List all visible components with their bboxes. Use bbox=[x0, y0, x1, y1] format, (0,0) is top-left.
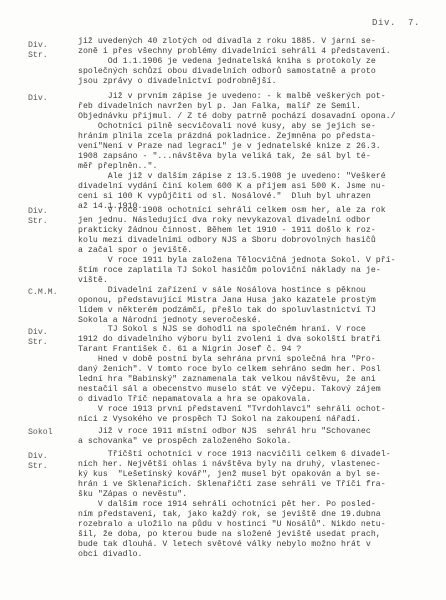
text-line: a začal spor o jeviště. bbox=[78, 246, 192, 256]
text-line: viště. bbox=[78, 276, 108, 286]
text-line: TJ Sokol s NJS se dohodli na společném h… bbox=[78, 325, 366, 335]
text-line: a schovanka" ve prospěch založeného Soko… bbox=[78, 437, 291, 447]
document-page: Div. 7. Div. Str. již uvedených 40 zlotý… bbox=[0, 0, 446, 600]
text-line: V roce 1911 byla založena Tělocvičná jed… bbox=[78, 256, 396, 266]
text-line: prakticky žádnou činnost. Během let 1910… bbox=[78, 226, 376, 236]
text-line: 1912 do divadelního výboru byli zvoleni … bbox=[78, 335, 381, 345]
text-line: řeb divadelních navržen byl p. Jan Falka… bbox=[78, 102, 361, 112]
text-line: ceni si 100 K vypůjčiti od sl. Nosálové.… bbox=[78, 192, 371, 202]
text-line: kolu mezi divadelními odbory NJS a Sboru… bbox=[78, 236, 376, 246]
text-line: obci divadlo. bbox=[78, 550, 143, 560]
text-line: šku "Zápas o nevěstu". bbox=[78, 490, 187, 500]
text-line: daný ženich". V tomto roce bylo celkem s… bbox=[78, 365, 381, 375]
text-line: nestačil sál a obecenstvo muselo stát ve… bbox=[78, 385, 381, 395]
text-line: V roce 1913 první představení "Tvrdohlav… bbox=[78, 405, 386, 415]
text-line: ních her. Největší ohlas i návštěva byly… bbox=[78, 460, 381, 470]
text-line: V roce 1908 ochotníci sehráli celkem osm… bbox=[78, 206, 386, 216]
margin-label: Str. bbox=[28, 338, 48, 348]
text-line: níci z Vysokého ve prospěch TJ Sokol na … bbox=[78, 415, 361, 425]
margin-label: Div. bbox=[28, 452, 48, 462]
text-line: hrán i ve Sklenařicích. Sklenařičtí zase… bbox=[78, 480, 386, 490]
text-line: měř přeplněn..". bbox=[78, 162, 157, 172]
text-line: již uvedených 40 zlotých od divadla z ro… bbox=[78, 37, 376, 47]
text-line: štím roce zaplatila TJ Sokol hasičům pol… bbox=[78, 266, 381, 276]
text-line: šil, že doba, po kterou bude na složené … bbox=[78, 530, 381, 540]
text-line: Již v prvním zápise je uvedeno: - k malb… bbox=[78, 92, 386, 102]
text-line: hráním plnila zcela prázdná pokladnice. … bbox=[78, 132, 376, 142]
margin-label: Div. bbox=[28, 207, 48, 217]
text-line: lidem v některém podzámčí, přešlo tak do… bbox=[78, 306, 376, 316]
text-line: rozebralo a uložilo na půdu v hostinci "… bbox=[78, 520, 386, 530]
text-line: lední hra "Babinský" zaznamenala tak vel… bbox=[78, 375, 376, 385]
margin-label: Div. bbox=[28, 94, 48, 104]
text-line: zoně i přes všechny problémy divadelníci… bbox=[78, 47, 391, 57]
margin-label: Sokol bbox=[28, 428, 53, 438]
text-line: Hned v době postní byla sehrána první sp… bbox=[78, 355, 376, 365]
text-line: 1908 zapsáno - "...návštěva byla veliká … bbox=[78, 152, 371, 162]
text-line: Tříčští ochotníci v roce 1913 nacvičili … bbox=[78, 450, 391, 460]
margin-label: Str. bbox=[28, 51, 48, 61]
text-line: jen jednu. Následující dva roky nevykazo… bbox=[78, 216, 371, 226]
text-line: jsou zprávy o divadelnictví podrobnější. bbox=[78, 77, 277, 87]
page-header: Div. 7. bbox=[372, 18, 420, 28]
text-line: ním představení, tak, jako každý rok, se… bbox=[78, 510, 381, 520]
text-line: Ochotníci pilně secvičovali nové kusy, a… bbox=[78, 122, 376, 132]
margin-label: Div. bbox=[28, 328, 48, 338]
text-line: Divadelní zařízení v sále Nosálova hosti… bbox=[78, 286, 366, 296]
text-line: divadelní vydání činí kolem 600 K a příj… bbox=[78, 182, 386, 192]
text-line: Ale již v dalším zápise z 13.5.1908 je u… bbox=[78, 172, 386, 182]
text-line: vení"Není v Praze nad legraci" je v jedn… bbox=[78, 142, 381, 152]
text-line: oponou, představující Mistra Jana Husa j… bbox=[78, 296, 376, 306]
text-line: Od 1.1.1906 je vedena jednatelská kniha … bbox=[78, 57, 376, 67]
margin-label: Div. bbox=[28, 41, 48, 51]
text-line: Již v roce 1911 místní odbor NJS sehrál … bbox=[78, 427, 371, 437]
text-line: společných schůzí obou divadelních odbor… bbox=[78, 67, 376, 77]
text-line: o divadlo Tříč nepamatovala a hra se opa… bbox=[78, 395, 311, 405]
margin-label: Str. bbox=[28, 217, 48, 227]
text-line: Tarant František č. 61 a Nigrin Josef č.… bbox=[78, 345, 301, 355]
text-line: Objednávku přijmul. / Z té doby patrně p… bbox=[78, 112, 396, 122]
text-line: V dalším roce 1914 sehráli ochotníci pět… bbox=[78, 500, 376, 510]
text-line: ký kus "Lešetínský kovář", jenž musel bý… bbox=[78, 470, 381, 480]
margin-label: C.M.M. bbox=[28, 288, 57, 298]
margin-label: Str. bbox=[28, 462, 48, 472]
text-line: bude tak dlouhá. V letech světové války … bbox=[78, 540, 371, 550]
